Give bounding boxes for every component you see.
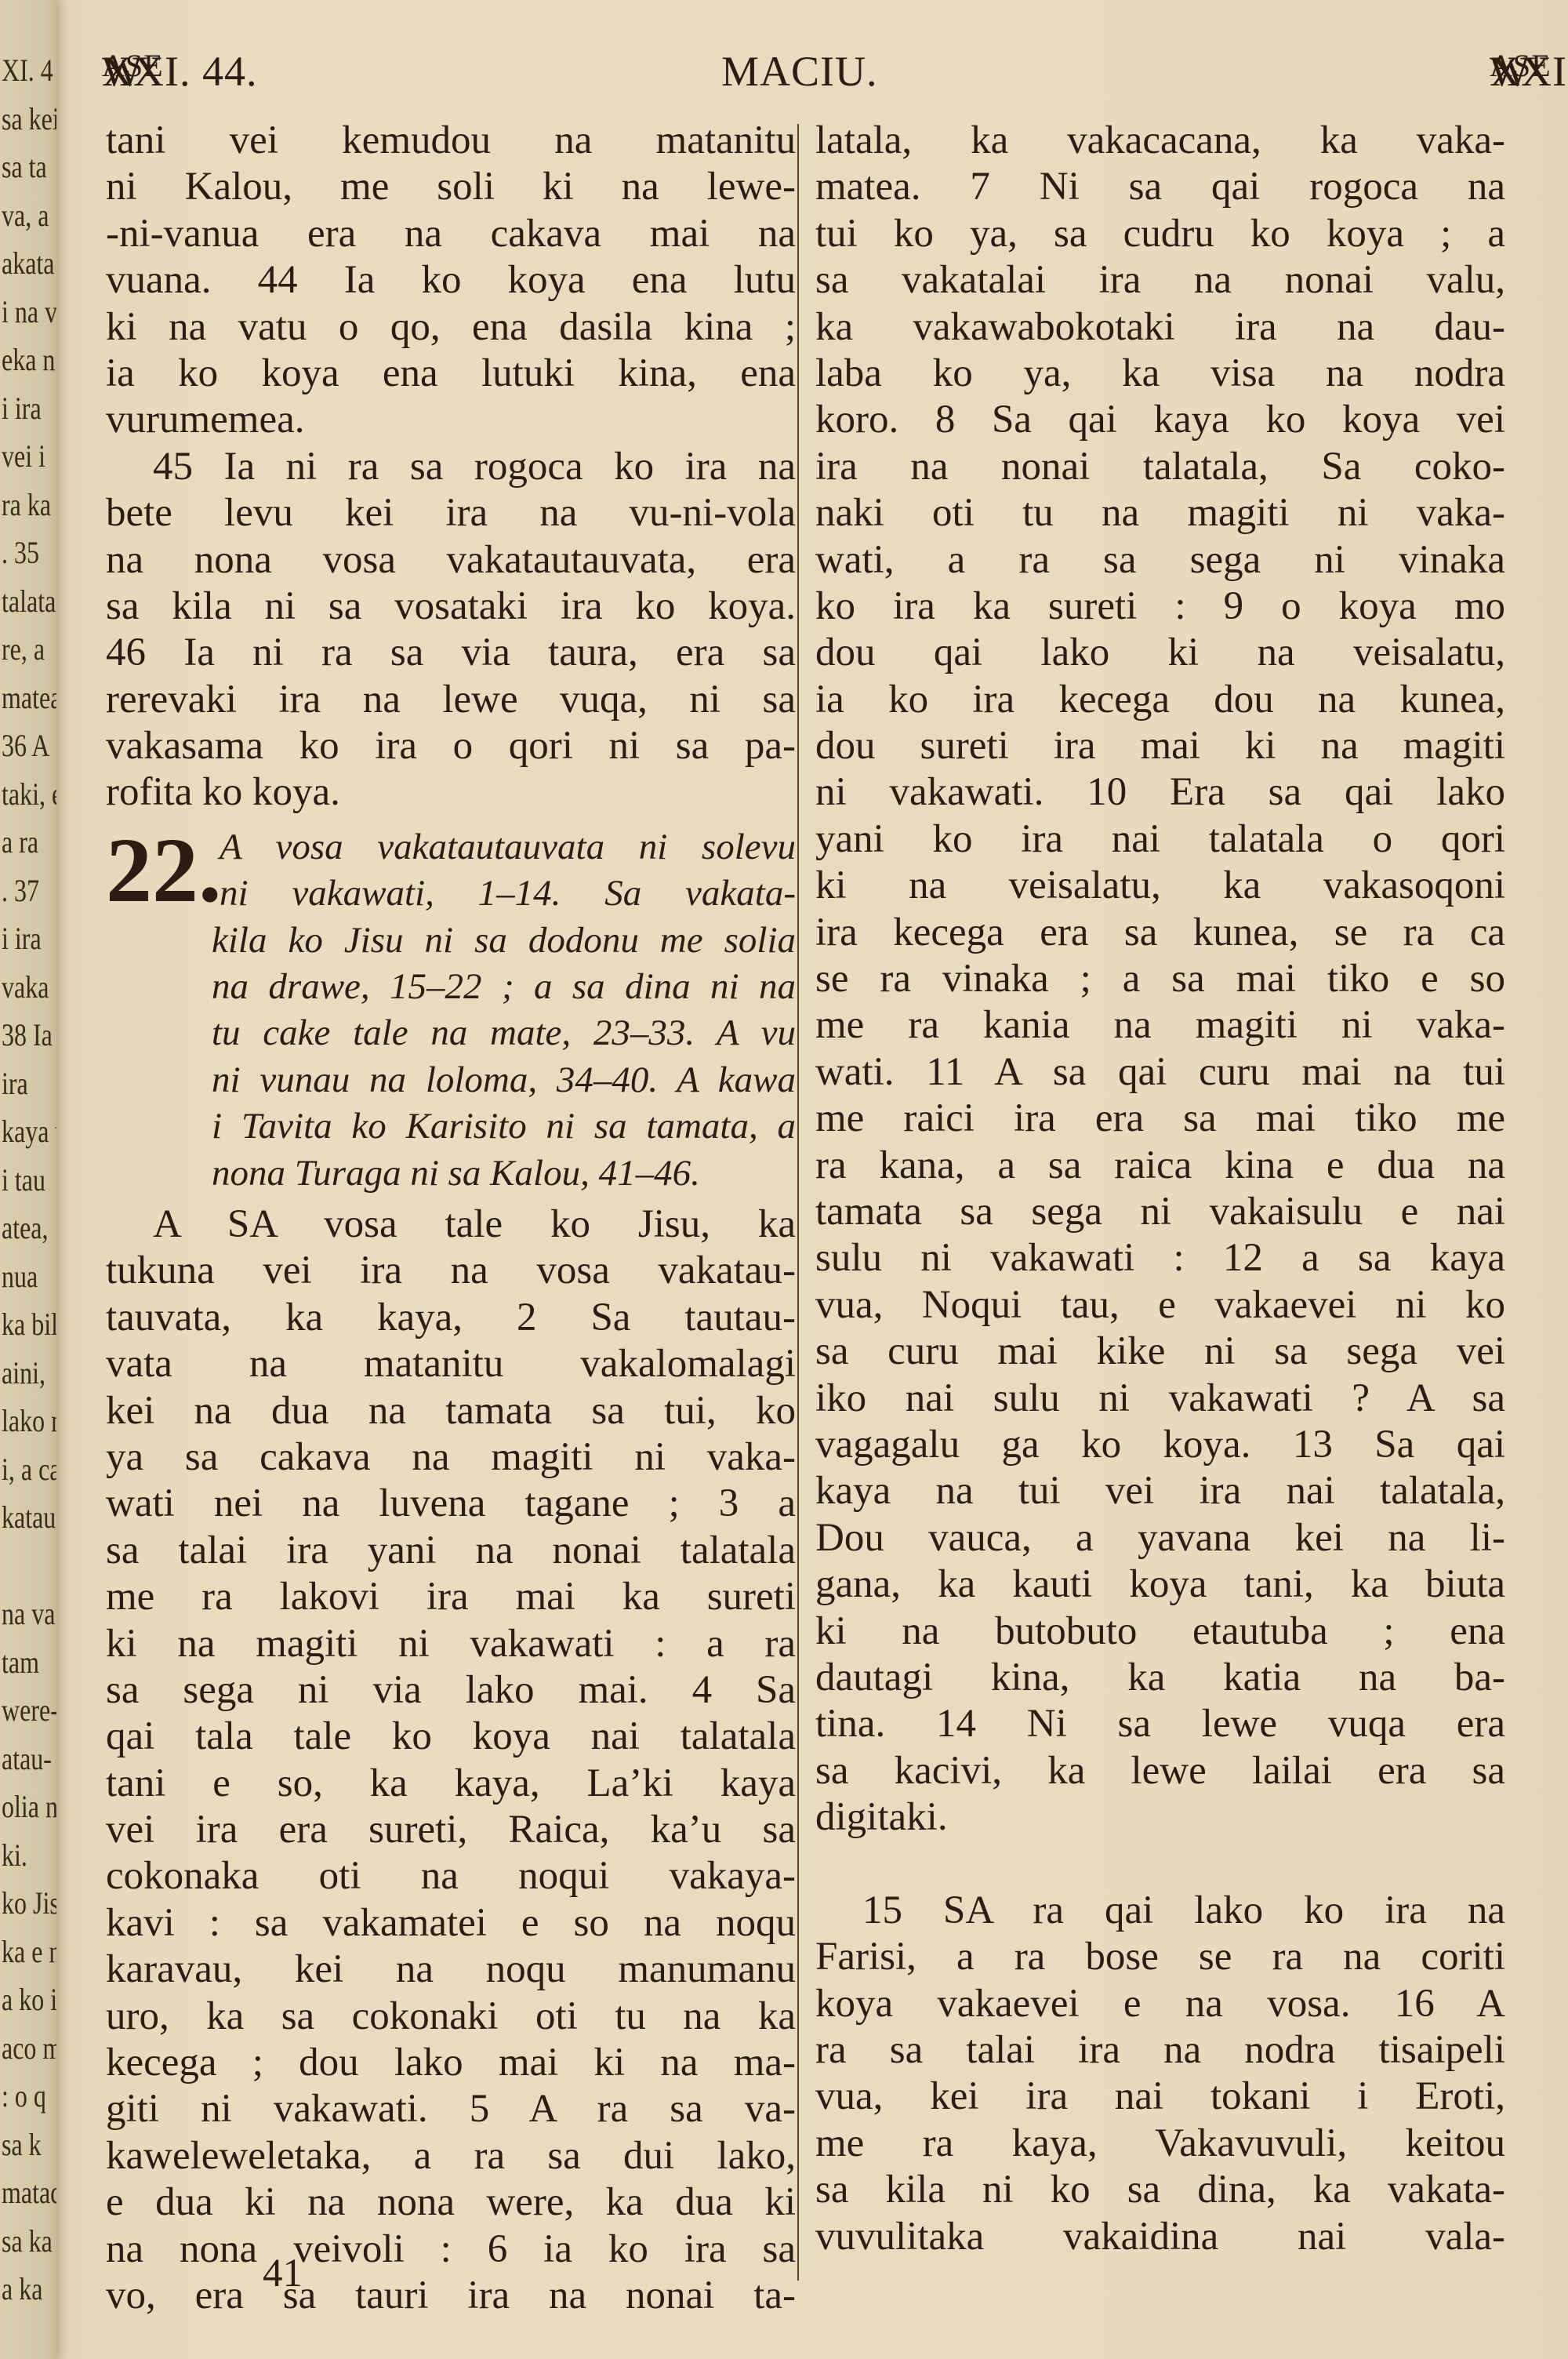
text-line: vuana. 44 Ia ko koya ena lutu	[106, 257, 796, 304]
text-line: tauvata, ka kaya, 2 Sa tautau-	[106, 1295, 796, 1341]
previous-page-fragment: . 35	[2, 537, 39, 569]
text-line: vo, era sa tauri ira na nonai ta-	[106, 2273, 796, 2319]
text-line: tukuna vei ira na vosa vakatau-	[106, 1248, 796, 1294]
text-line: koro. 8 Sa qai kaya ko koya vei	[815, 397, 1505, 443]
text-line: ira kecega era sa kunea, se ra ca	[815, 910, 1505, 956]
running-head-left-ref: XXI. 44.	[102, 47, 257, 96]
text-line: dautagi kina, ka katia na ba-	[815, 1655, 1505, 1701]
running-head: WASE XXI. 44. MACIU. WASE XXII. 16.	[102, 47, 1490, 110]
previous-page-fragment: 38 Ia	[2, 1020, 53, 1051]
text-line: rerevaki ira na lewe vuqa, ni sa	[106, 677, 796, 723]
right-column-verses: latala, ka vakacacana, ka vaka-matea. 7 …	[815, 118, 1505, 1841]
column-divider	[797, 124, 799, 2281]
text-line: ya sa cakava na magiti ni vaka-	[106, 1434, 796, 1481]
text-line: sulu ni vakawati : 12 a sa kaya	[815, 1235, 1505, 1281]
text-line: Dou vauca, a yavana kei na li-	[815, 1515, 1505, 1561]
text-line: ki na butobuto etautuba ; ena	[815, 1608, 1505, 1655]
text-line: na drawe, 15–22 ; a sa dina ni na	[106, 964, 796, 1010]
previous-page-fragment: talata	[2, 586, 56, 617]
previous-page-fragment: i ira	[2, 393, 42, 424]
previous-page-fragment: vei i	[2, 441, 45, 472]
previous-page-fragment: a ka	[2, 2274, 42, 2305]
text-line: tani e so, ka kaya, La’ki kaya	[106, 1761, 796, 1807]
previous-page-fragment: i, a ca	[2, 1454, 56, 1485]
previous-page-fragment: ka e n	[2, 1936, 56, 1968]
text-line: se ra vinaka ; a sa mai tiko e so	[815, 956, 1505, 1002]
previous-page-fragment: aco m	[2, 2033, 56, 2064]
text-line: vuvulitaka vakaidina nai vala-	[815, 2214, 1505, 2260]
previous-page-fragment: olia n	[2, 1791, 56, 1823]
text-line: naki oti tu na magiti ni vaka-	[815, 490, 1505, 536]
text-line: wati. 11 A sa qai curu mai na tui	[815, 1049, 1505, 1096]
text-line: me ra lakovi ira mai ka sureti	[106, 1574, 796, 1620]
previous-page-fragment: atau-	[2, 1743, 52, 1775]
left-column-chapter-text: A SA vosa tale ko Jisu, katukuna vei ira…	[106, 1201, 796, 2319]
previous-page-fragment: XI. 4	[2, 55, 53, 86]
text-line: tui ko ya, sa cudru ko koya ; a	[815, 211, 1505, 257]
right-column: latala, ka vakacacana, ka vaka-matea. 7 …	[815, 118, 1505, 2260]
text-line: ki na magiti ni vakawati : a ra	[106, 1621, 796, 1667]
text-line: me ra kaya, Vakavuvuli, keitou	[815, 2121, 1505, 2167]
text-line: ko ira ka sureti : 9 o koya mo	[815, 583, 1505, 630]
previous-page-fragment: i na v	[2, 296, 56, 328]
previous-page-fragment: ki.	[2, 1840, 27, 1871]
text-line: wati nei na luvena tagane ; 3 a	[106, 1481, 796, 1527]
chapter-number: 22.	[106, 824, 222, 917]
text-line: ni vunau na loloma, 34–40. A kawa	[106, 1057, 796, 1103]
previous-page-fragment: matea	[2, 682, 56, 714]
text-line: ni vakawati. 10 Era sa qai lako	[815, 769, 1505, 816]
running-head-title: MACIU.	[721, 47, 878, 96]
previous-page-fragment: sa k	[2, 2129, 42, 2161]
previous-page-fragment: sa ka	[2, 2226, 53, 2257]
previous-page-fragment: re, a	[2, 634, 45, 665]
text-line: ni Kalou, me soli ki na lewe-	[106, 164, 796, 210]
text-line: 46 Ia ni ra sa via taura, era sa	[106, 630, 796, 676]
previous-page-fragment: na va	[2, 1598, 55, 1630]
text-line: qai tala tale ko koya nai talatala	[106, 1714, 796, 1760]
text-line: koya vakaevei e na vosa. 16 A	[815, 1981, 1505, 2027]
previous-page-fragment: atea,	[2, 1212, 49, 1244]
text-line: latala, ka vakacacana, ka vaka-	[815, 118, 1505, 164]
text-line: iko nai sulu ni vakawati ? A sa	[815, 1376, 1505, 1422]
previous-page-fragment: matada	[2, 2177, 56, 2208]
text-line: ia ko koya ena lutuki kina, ena	[106, 351, 796, 397]
text-line: ia ko ira kecega dou na kunea,	[815, 677, 1505, 723]
previous-page-fragment: taki, e	[2, 779, 56, 810]
previous-page-fragment: ira	[2, 1068, 28, 1100]
previous-page-fragment: lako n	[2, 1405, 56, 1437]
text-line: Farisi, a ra bose se ra na coriti	[815, 1934, 1505, 1980]
previous-page-fragment: eka n	[2, 344, 55, 376]
text-line: me raici ira era sa mai tiko me	[815, 1096, 1505, 1142]
text-line: ki na veisalatu, ka vakasoqoni	[815, 863, 1505, 909]
chapter-summary: 22. A vosa vakatautauvata ni solevuni va…	[106, 824, 796, 1197]
text-line: tina. 14 Ni sa lewe vuqa era	[815, 1701, 1505, 1747]
text-line: 45 Ia ni ra sa rogoca ko ira na	[106, 444, 796, 490]
text-line: ira na nonai talatala, Sa coko-	[815, 444, 1505, 490]
text-line: vata na matanitu vakalomalagi	[106, 1341, 796, 1387]
text-line: dou qai lako ki na veisalatu,	[815, 630, 1505, 676]
text-line: -ni-vanua era na cakava mai na	[106, 211, 796, 257]
previous-page-fragment: : o q	[2, 2081, 46, 2112]
previous-page-fragment: i ira	[2, 923, 42, 954]
text-line: matea. 7 Ni sa qai rogoca na	[815, 164, 1505, 210]
text-line: sa talai ira yani na nonai talatala	[106, 1528, 796, 1574]
previous-page-fragment: akata	[2, 248, 55, 279]
previous-page-edge: XI. 4sa keisa tava, aakatai na veka ni i…	[0, 0, 56, 2359]
text-line: kavi : sa vakamatei e so na noqu	[106, 1900, 796, 1946]
text-line: laba ko ya, ka visa na nodra	[815, 351, 1505, 397]
text-line: cokonaka oti na noqui vakaya-	[106, 1853, 796, 1899]
text-line: vurumemea.	[106, 397, 796, 443]
text-line: rofita ko koya.	[106, 769, 796, 816]
text-line: na nona vosa vakatautauvata, era	[106, 537, 796, 583]
text-line: gana, ka kauti koya tani, ka biuta	[815, 1561, 1505, 1608]
text-line: wati, a ra sa sega ni vinaka	[815, 537, 1505, 583]
previous-page-fragment: vaka	[2, 972, 49, 1003]
text-line: kila ko Jisu ni sa dodonu me solia	[106, 918, 796, 964]
previous-page-fragment: kaya v	[2, 1116, 56, 1147]
text-line: vagagalu ga ko koya. 13 Sa qai	[815, 1422, 1505, 1468]
text-line: uro, ka sa cokonaki oti tu na ka	[106, 1994, 796, 2040]
text-line: dou sureti ira mai ki na magiti	[815, 723, 1505, 769]
left-column-verses: tani vei kemudou na matanituni Kalou, me…	[106, 118, 796, 816]
previous-page-fragment: ka bil	[2, 1309, 56, 1340]
text-line: i Tavita ko Karisito ni sa tamata, a	[106, 1103, 796, 1150]
text-line: sa vakatalai ira na nonai valu,	[815, 257, 1505, 304]
text-line: kei na dua na tamata sa tui, ko	[106, 1388, 796, 1434]
previous-page-fragment: sa ta	[2, 151, 47, 183]
text-line: vua, kei ira nai tokani i Eroti,	[815, 2074, 1505, 2120]
text-line: 15 SA ra qai lako ko ira na	[815, 1888, 1505, 1934]
previous-page-fragment: va, a	[2, 200, 49, 231]
text-line: sa sega ni via lako mai. 4 Sa	[106, 1667, 796, 1714]
text-line: bete levu kei ira na vu-ni-vola	[106, 490, 796, 536]
right-column-new-section: 15 SA ra qai lako ko ira naFarisi, a ra …	[815, 1888, 1505, 2260]
previous-page-fragment: a ra	[2, 827, 38, 858]
previous-page-fragment: ra ka	[2, 489, 51, 521]
text-line: A SA vosa tale ko Jisu, ka	[106, 1201, 796, 1248]
previous-page-fragment: 36 A	[2, 730, 49, 761]
text-line: karavau, kei na noqu manumanu	[106, 1946, 796, 1993]
text-line: ka vakawabokotaki ira na dau-	[815, 304, 1505, 351]
previous-page-fragment: were-	[2, 1695, 56, 1726]
text-line: vua, Noqui tau, e vakaevei ni ko	[815, 1282, 1505, 1329]
text-line: tani vei kemudou na matanitu	[106, 118, 796, 164]
text-line: ki na vatu o qo, ena dasila kina ;	[106, 304, 796, 351]
book-page: XI. 4sa keisa tava, aakatai na veka ni i…	[0, 0, 1568, 2359]
section-gap	[815, 1841, 1505, 1887]
text-line: kecega ; dou lako mai ki na ma-	[106, 2040, 796, 2086]
text-line: sa kacivi, ka lewe lailai era sa	[815, 1748, 1505, 1794]
text-line: digitaki.	[815, 1794, 1505, 1841]
previous-page-fragment: a ko i	[2, 1984, 56, 2016]
previous-page-fragment: i tau	[2, 1165, 45, 1196]
text-line: na nona veivoli : 6 ia ko ira sa	[106, 2226, 796, 2273]
text-line: tu cake tale na mate, 23–33. A vu	[106, 1010, 796, 1056]
previous-page-fragment: katau-	[2, 1502, 56, 1533]
previous-page-fragment: tam	[2, 1647, 39, 1678]
text-line: sa kila ni ko sa dina, ka vakata-	[815, 2167, 1505, 2213]
text-line: sa kila ni sa vosataki ira ko koya.	[106, 583, 796, 630]
running-head-right-ref: XXII. 16.	[1490, 47, 1568, 96]
text-line: vakasama ko ira o qori ni sa pa-	[106, 723, 796, 769]
text-line: kaweleweletaka, a ra sa dui lako,	[106, 2133, 796, 2179]
previous-page-fragment: aini,	[2, 1358, 45, 1389]
previous-page-fragment: nua	[2, 1261, 38, 1292]
text-line: ra kana, a sa raica kina e dua na	[815, 1143, 1505, 1189]
text-line: nona Turaga ni sa Kalou, 41–46.	[106, 1150, 796, 1197]
text-line: e dua ki na nona were, ka dua ki	[106, 2179, 796, 2226]
text-line: vei ira era sureti, Raica, ka’u sa	[106, 1807, 796, 1853]
text-line: giti ni vakawati. 5 A ra sa va-	[106, 2086, 796, 2132]
text-line: yani ko ira nai talatala o qori	[815, 816, 1505, 863]
previous-page-fragment: ko Jis	[2, 1888, 56, 1919]
previous-page-fragment: sa kei	[2, 104, 56, 135]
left-column: tani vei kemudou na matanituni Kalou, me…	[106, 118, 796, 2319]
text-line: ra sa talai ira na nodra tisaipeli	[815, 2027, 1505, 2074]
text-line: tamata sa sega ni vakaisulu e nai	[815, 1189, 1505, 1235]
text-line: kaya na tui vei ira nai talatala,	[815, 1468, 1505, 1514]
page-number: 41	[263, 2251, 303, 2296]
previous-page-fragment: . 37	[2, 875, 39, 907]
text-line: sa curu mai kike ni sa sega vei	[815, 1329, 1505, 1375]
text-line: me ra kania na magiti ni vaka-	[815, 1002, 1505, 1049]
